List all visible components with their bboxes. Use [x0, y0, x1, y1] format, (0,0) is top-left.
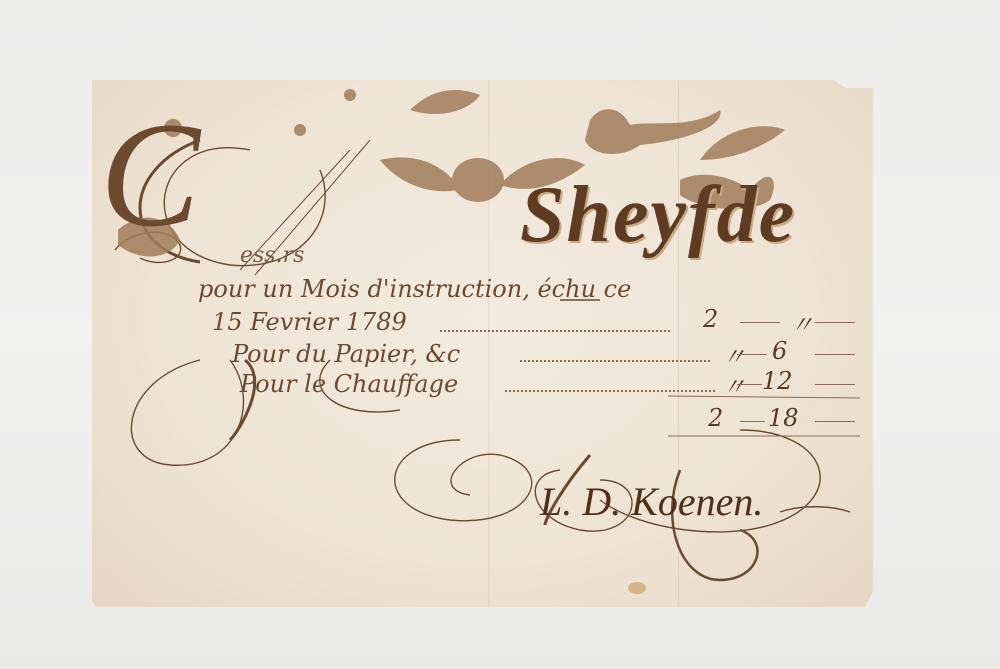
fold-line: [488, 80, 489, 607]
leader-dots: [505, 390, 715, 392]
dash: [740, 322, 780, 323]
fold-line: [678, 80, 679, 607]
body-line-heating: Pour le Chauffage: [240, 370, 458, 398]
dash: [737, 384, 762, 385]
amount-sous: 〃: [790, 305, 814, 340]
heading-initial: C: [100, 100, 200, 250]
signature: L. D. Koenen.: [540, 478, 763, 525]
dash: [740, 421, 765, 422]
heading-word: Sheyfde: [520, 170, 796, 261]
body-line-paper: Pour du Papier, &c: [232, 340, 460, 368]
body-line-date: 15 Fevrier 1789: [212, 308, 407, 336]
dash: [815, 354, 855, 355]
body-line-instruction: pour un Mois d'instruction, échu ce: [198, 275, 631, 303]
total-sous: 18: [768, 404, 799, 432]
amount-sous: 12: [762, 367, 793, 395]
amount-livres: 2: [703, 305, 718, 333]
dash: [737, 354, 767, 355]
leader-dots: [440, 330, 670, 332]
dash: [815, 384, 855, 385]
ink-stain: [628, 582, 646, 594]
amount-sous: 6: [772, 337, 787, 365]
receipt-paper: [92, 80, 873, 607]
total-livres: 2: [708, 404, 723, 432]
dash: [815, 421, 855, 422]
dash: [815, 322, 855, 323]
heading-superscript: ess.rs: [240, 243, 304, 268]
leader-dots: [520, 360, 710, 362]
